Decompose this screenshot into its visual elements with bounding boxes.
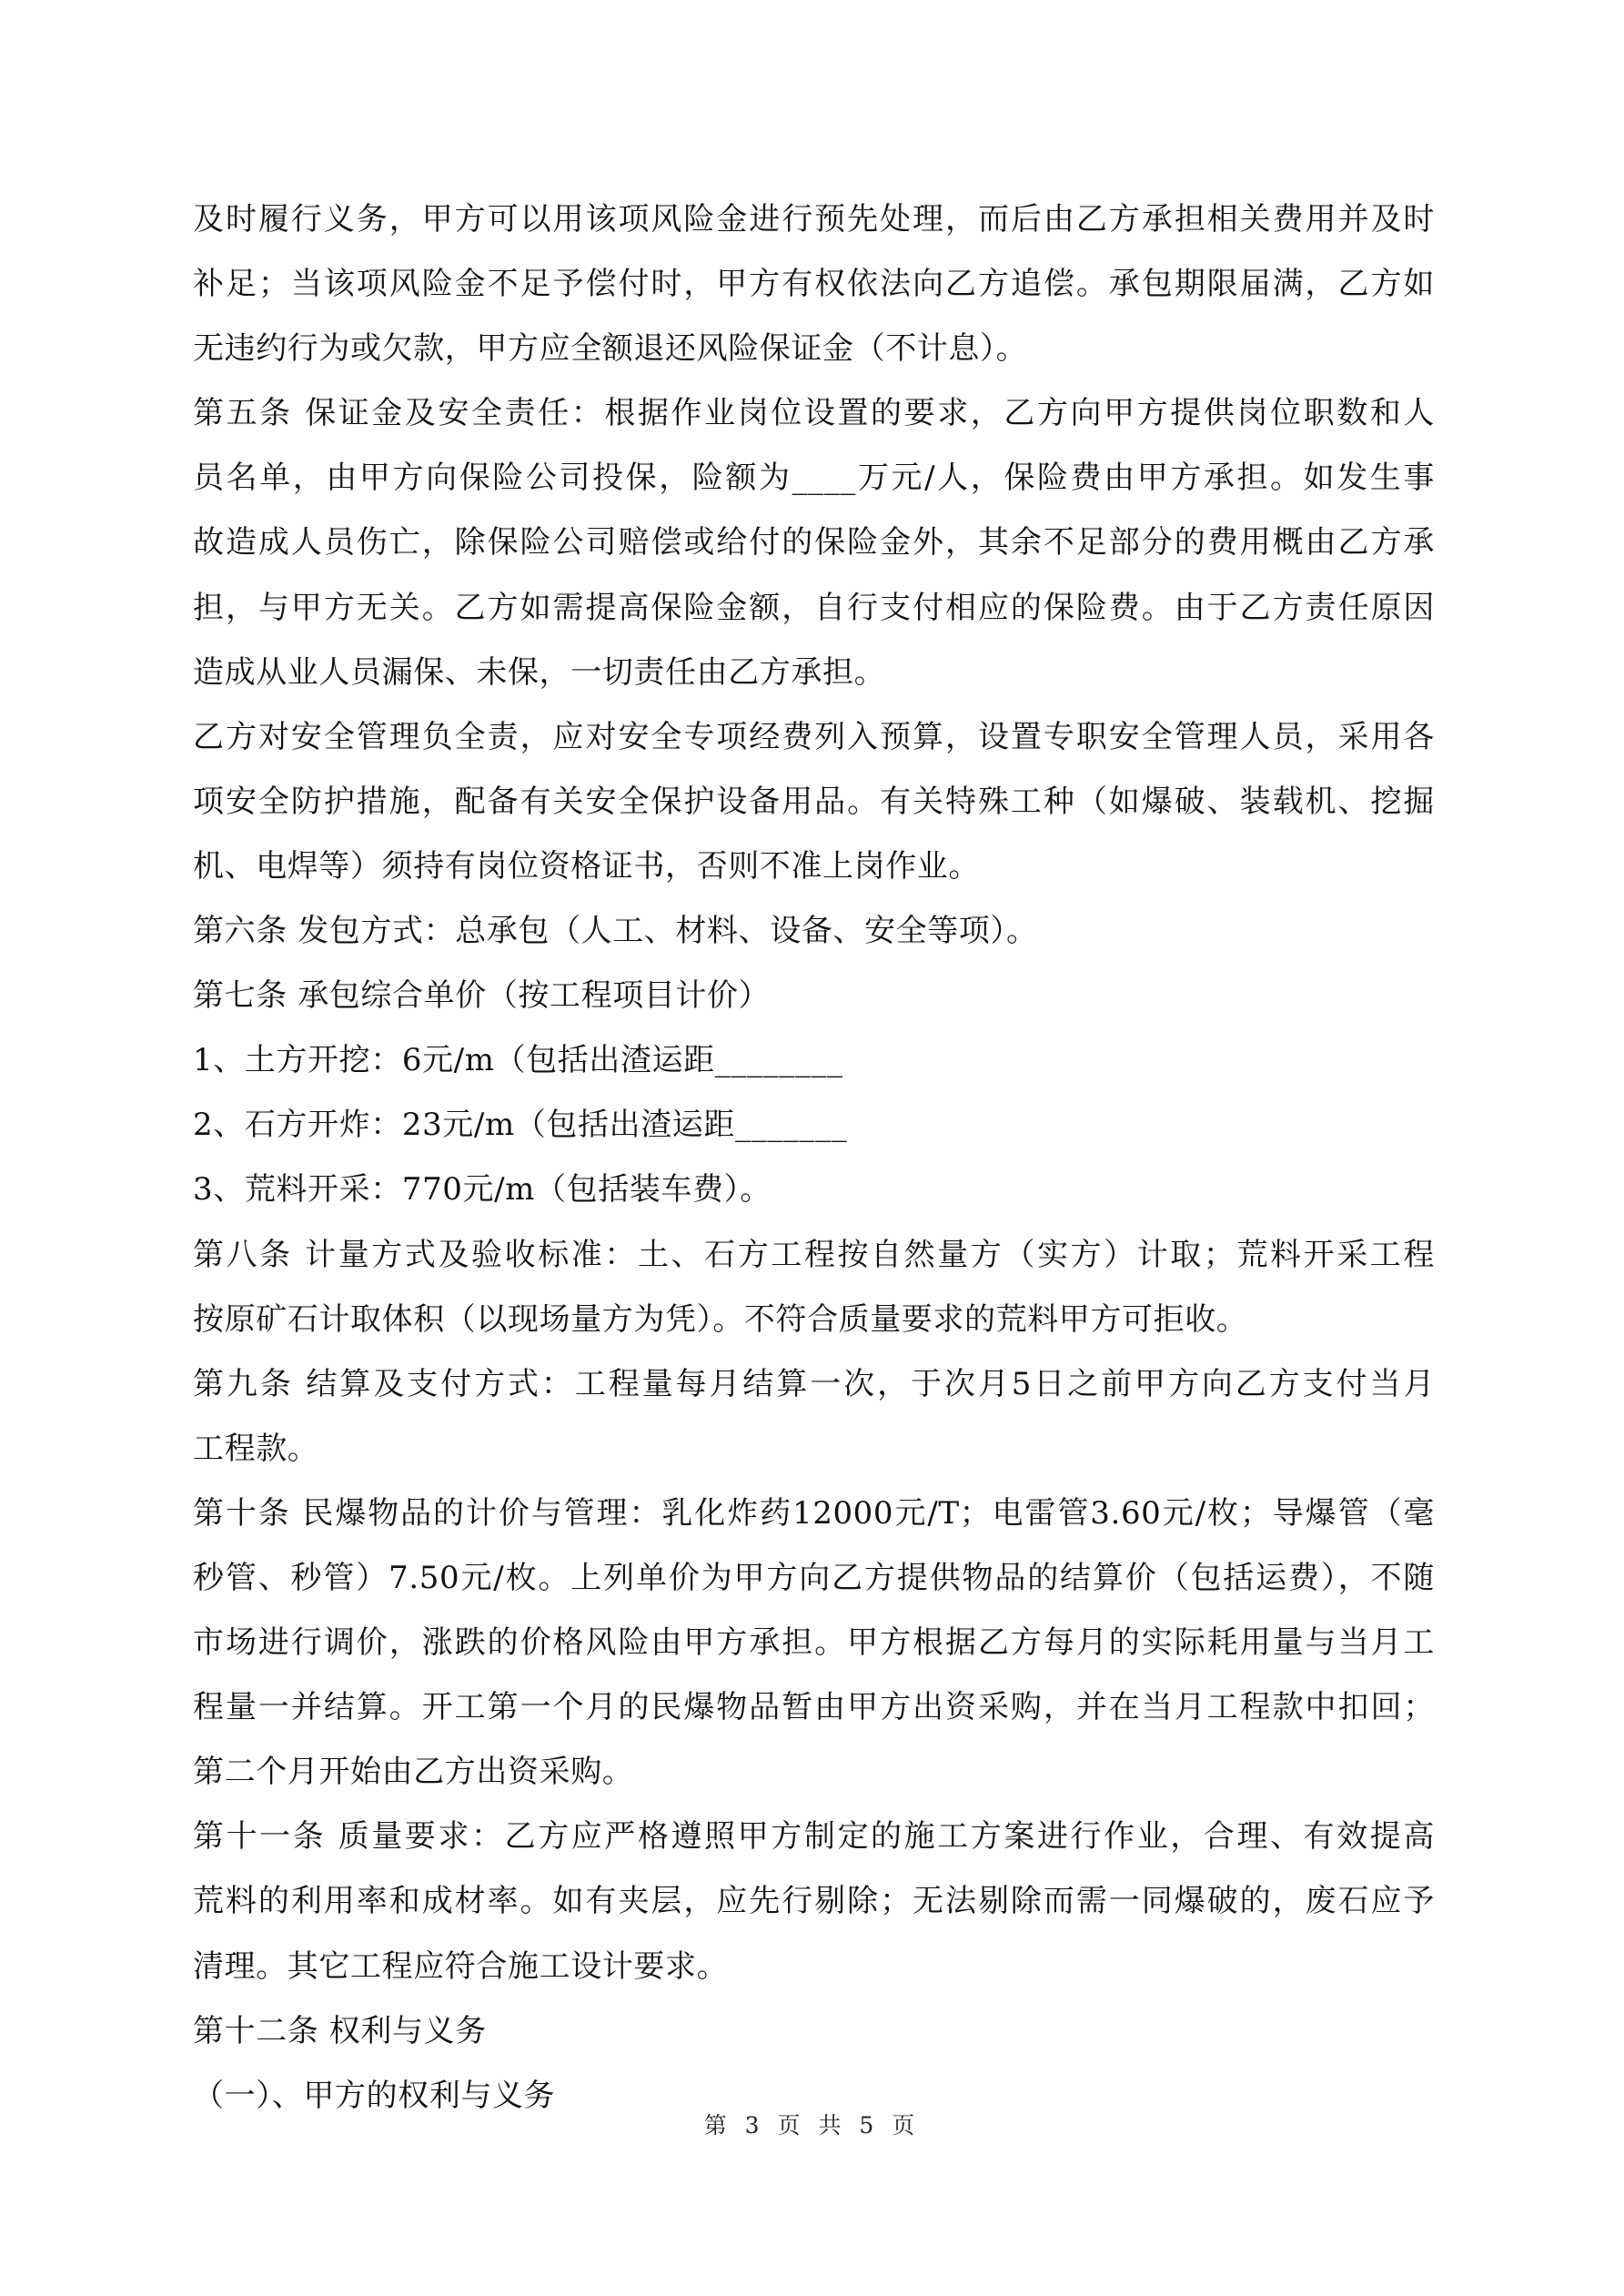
article-12-heading: 第十二条 权利与义务 — [193, 2006, 1435, 2070]
text-line: 荒料的利用率和成材率。如有夹层，应先行剔除；无法剔除而需一同爆破的，废石应予 — [193, 1876, 1435, 1940]
text-line: 故造成人员伤亡，除保险公司赔偿或给付的保险金外，其余不足部分的费用概由乙方承 — [193, 517, 1435, 582]
article-6-line: 第六条 发包方式：总承包（人工、材料、设备、安全等项）。 — [193, 905, 1435, 970]
text-line: 及时履行义务，甲方可以用该项风险金进行预先处理，而后由乙方承担相关费用并及时 — [193, 194, 1435, 258]
text-line: 市场进行调价，涨跌的价格风险由甲方承担。甲方根据乙方每月的实际耗用量与当月工 — [193, 1617, 1435, 1682]
text-line: 乙方对安全管理负全责，应对安全专项经费列入预算，设置专职安全管理人员，采用各 — [193, 712, 1435, 776]
price-item-2: 2、石方开炸：23元/m（包括出渣运距_______ — [193, 1099, 1435, 1164]
text-line: 造成从业人员漏保、未保，一切责任由乙方承担。 — [193, 647, 1435, 712]
page-number: 第 3 页 共 5 页 — [0, 2108, 1624, 2140]
text-line: 按原矿石计取体积（以现场量方为凭）。不符合质量要求的荒料甲方可拒收。 — [193, 1294, 1435, 1359]
price-item-1: 1、土方开挖：6元/m（包括出渣运距________ — [193, 1035, 1435, 1099]
text-line: 补足；当该项风险金不足予偿付时，甲方有权依法向乙方追偿。承包期限届满，乙方如 — [193, 258, 1435, 323]
text-line: 项安全防护措施，配备有关安全保护设备用品。有关特殊工种（如爆破、装载机、挖掘 — [193, 776, 1435, 841]
document-body: 及时履行义务，甲方可以用该项风险金进行预先处理，而后由乙方承担相关费用并及时 补… — [193, 194, 1435, 2135]
article-11-line: 第十一条 质量要求：乙方应严格遵照甲方制定的施工方案进行作业，合理、有效提高 — [193, 1811, 1435, 1876]
article-5-line: 第五条 保证金及安全责任：根据作业岗位设置的要求，乙方向甲方提供岗位职数和人 — [193, 388, 1435, 452]
text-line: 工程款。 — [193, 1423, 1435, 1488]
article-9-line: 第九条 结算及支付方式：工程量每月结算一次，于次月5日之前甲方向乙方支付当月 — [193, 1359, 1435, 1423]
article-7-line: 第七条 承包综合单价（按工程项目计价） — [193, 970, 1435, 1035]
text-line: 程量一并结算。开工第一个月的民爆物品暂由甲方出资采购，并在当月工程款中扣回； — [193, 1682, 1435, 1746]
document-page: 及时履行义务，甲方可以用该项风险金进行预先处理，而后由乙方承担相关费用并及时 补… — [0, 0, 1624, 2296]
text-line: 清理。其它工程应符合施工设计要求。 — [193, 1941, 1435, 2006]
text-line: 机、电焊等）须持有岗位资格证书，否则不准上岗作业。 — [193, 841, 1435, 905]
article-8-line: 第八条 计量方式及验收标准：土、石方工程按自然量方（实方）计取；荒料开采工程 — [193, 1229, 1435, 1294]
text-line: 员名单，由甲方向保险公司投保，险额为____万元/人，保险费由甲方承担。如发生事 — [193, 452, 1435, 517]
text-line: 无违约行为或欠款，甲方应全额退还风险保证金（不计息）。 — [193, 323, 1435, 388]
price-item-3: 3、荒料开采：770元/m（包括装车费）。 — [193, 1164, 1435, 1229]
text-line: 担，与甲方无关。乙方如需提高保险金额，自行支付相应的保险费。由于乙方责任原因 — [193, 582, 1435, 647]
article-10-line: 第十条 民爆物品的计价与管理：乳化炸药12000元/T；电雷管3.60元/枚；导… — [193, 1488, 1435, 1553]
text-line: 第二个月开始由乙方出资采购。 — [193, 1746, 1435, 1811]
text-line: 秒管、秒管）7.50元/枚。上列单价为甲方向乙方提供物品的结算价（包括运费），不… — [193, 1553, 1435, 1617]
